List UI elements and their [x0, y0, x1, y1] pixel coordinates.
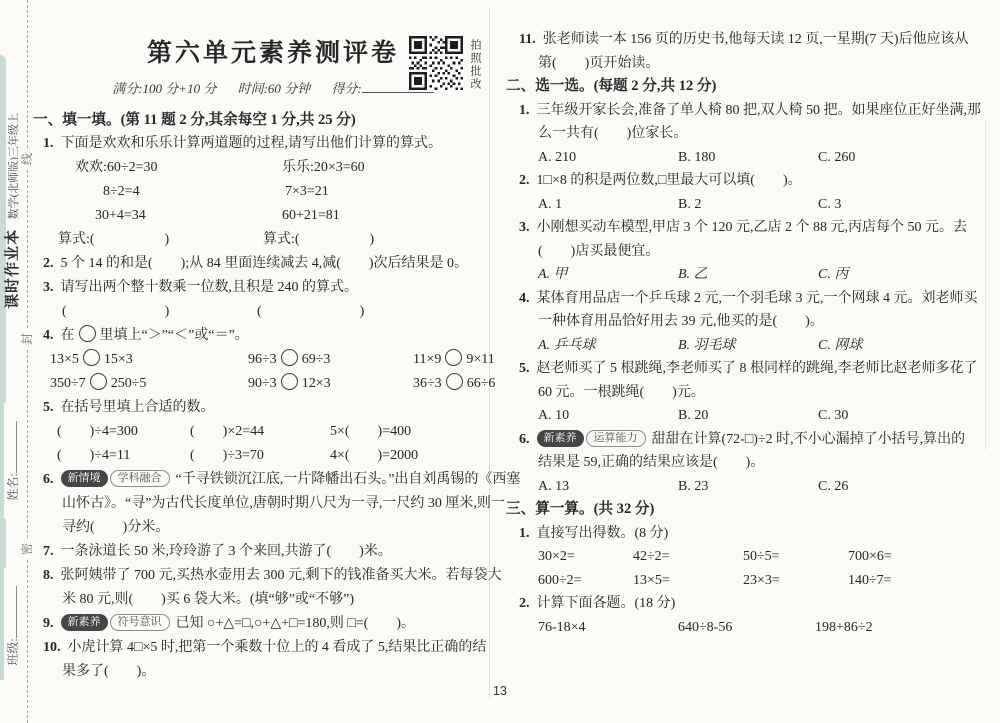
q-number: 3.: [506, 220, 530, 235]
work-left: 30+4=34: [58, 204, 282, 228]
q-text-post: 里填上“＞”“＜”或“＝”。: [100, 328, 249, 343]
section1-heading: 一、填一填。(第 11 题 2 分,其余每空 1 分,共 25 分): [33, 108, 489, 132]
class-field: 班级:: [4, 568, 22, 684]
q-number: 6.: [33, 472, 54, 487]
compare-cell: 11×99×11: [413, 348, 495, 372]
s1-q9: 9.新素养符号意识已知 ○+△=□,○+△+□=180,则 □=( )。: [33, 612, 489, 636]
compare-circle-icon: [90, 373, 107, 390]
name-field: 姓名:: [4, 403, 22, 519]
s2-q3-line2: ( )店买最便宜。: [506, 240, 982, 264]
s1-q1-work-row: 8÷2=47×3=21: [33, 180, 489, 204]
option-c: C. 260: [818, 146, 982, 170]
calc-cell: 600÷2=: [538, 569, 633, 593]
work-left: 8÷2=4: [58, 180, 282, 204]
right-edge-line: [985, 120, 986, 450]
s1-q6-line3: 寻约( )分米。: [33, 516, 489, 540]
q-number: 1.: [33, 136, 54, 151]
calc-cell: 30×2=: [538, 545, 633, 569]
book-title-vertical: 课时作业本 数学(北师版)三年级上: [2, 101, 24, 321]
right-column: 11.张老师读一本 156 页的历史书,他每天读 12 页,一星期(7 天)后他…: [506, 28, 982, 639]
q-text: 张阿姨带了 700 元,买热水壶用去 300 元,剩下的钱准备买大米。若每袋大: [61, 568, 502, 583]
s1-q1-answer-row: 算式:( )算式:( ): [33, 228, 489, 252]
s2-q6-options: A. 13 B. 23 C. 26: [506, 475, 982, 499]
q-text: 甜甜在计算(72-□)÷2 时,不小心漏掉了小括号,算出的: [652, 432, 966, 447]
s2-q3-options: A. 甲 B. 乙 C. 丙: [506, 263, 982, 287]
option-c: C. 丙: [818, 263, 982, 287]
section3-heading: 三、算一算。(共 32 分): [506, 498, 982, 522]
class-label: 班级:: [6, 638, 20, 665]
option-a: A. 13: [538, 475, 678, 499]
q-text: 直接写出得数。(8 分): [537, 526, 669, 541]
s1-q1-work-row: 30+4=3460+21=81: [33, 204, 489, 228]
option-a: A. 1: [538, 193, 678, 217]
calc-cell: 700×6=: [848, 545, 982, 569]
s1-q11-line1: 11.张老师读一本 156 页的历史书,他每天读 12 页,一星期(7 天)后他…: [506, 28, 982, 52]
compare-cell: 350÷7250÷5: [50, 372, 248, 396]
fill-cell: 4×( )=2000: [330, 444, 489, 468]
compare-circle-icon: [281, 349, 298, 366]
q-number: 7.: [33, 544, 54, 559]
q-number: 5.: [506, 361, 530, 376]
s2-q2-options: A. 1 B. 2 C. 3: [506, 193, 982, 217]
qr-code: [409, 36, 463, 90]
calc-cell: 640÷8-56: [678, 616, 815, 640]
q-number: 2.: [506, 173, 530, 188]
compare-circle-icon: [446, 373, 463, 390]
s1-q2: 2.5 个 14 的和是( );从 84 里面连续减去 4,减( )次后结果是 …: [33, 252, 489, 276]
option-b: B. 20: [678, 404, 818, 428]
q-number: 2.: [33, 256, 54, 271]
q-number: 3.: [33, 280, 54, 295]
fill-cell: 5×( )=400: [330, 420, 489, 444]
answer-blank: 算式:( ): [263, 228, 489, 252]
badge-new-context: 新情境: [61, 470, 108, 487]
calc-cell: 42÷2=: [633, 545, 743, 569]
compare-cell: 96÷369÷3: [248, 348, 413, 372]
q-number: 1.: [506, 526, 530, 541]
option-a: A. 210: [538, 146, 678, 170]
s2-q5-line2: 60 元。一根跳绳( )元。: [506, 381, 982, 405]
exam-paper-page: 课时作业本 数学(北师版)三年级上 线 封 密 姓名: 班级: 第六单元素养测评…: [0, 0, 1000, 723]
work-right: 7×3=21: [282, 180, 489, 204]
s2-q1-line1: 1.三年级开家长会,准备了单人椅 80 把,双人椅 50 把。如果座位正好坐满,…: [506, 99, 982, 123]
fill-cell: ( )÷3=70: [190, 444, 330, 468]
s2-q5-line1: 5.赵老师买了 5 根跳绳,李老师买了 8 根同样的跳绳,李老师比赵老师多花了: [506, 357, 982, 381]
work-right: 60+21=81: [282, 204, 489, 228]
s2-q4-line2: 一种体育用品恰好用去 39 元,他买的是( )。: [506, 310, 982, 334]
s2-q3-line1: 3.小刚想买动车模型,甲店 3 个 120 元,乙店 2 个 88 元,丙店每个…: [506, 216, 982, 240]
section2-heading: 二、选一选。(每题 2 分,共 12 分): [506, 75, 982, 99]
book-title: 课时作业本: [5, 229, 21, 309]
compare-circle-icon: [281, 373, 298, 390]
calc-cell: 13×5=: [633, 569, 743, 593]
q-text: 计算下面各题。(18 分): [537, 596, 676, 611]
s2-q6-line2: 结果是 59,正确的结果应该是( )。: [506, 451, 982, 475]
option-c: C. 26: [818, 475, 982, 499]
badge-new-literacy: 新素养: [537, 430, 584, 447]
compare-cell: 36÷366÷6: [413, 372, 495, 396]
option-b: B. 2: [678, 193, 818, 217]
work-right: 乐乐:20×3=60: [282, 156, 489, 180]
s2-q6-line1: 6.新素养运算能力甜甜在计算(72-□)÷2 时,不小心漏掉了小括号,算出的: [506, 428, 982, 452]
work-left: 欢欢:60÷2=30: [58, 156, 282, 180]
compare-circle-icon: [79, 325, 96, 342]
answer-blank: ( ): [257, 300, 489, 324]
s1-q5-row1: ( )÷4=300 ( )×2=44 5×( )=400: [33, 420, 489, 444]
option-b: B. 羽毛球: [678, 334, 818, 358]
option-c: C. 3: [818, 193, 982, 217]
badge-subject-fusion: 学科融合: [110, 470, 170, 487]
option-c: C. 网球: [818, 334, 982, 358]
calc-cell: 23×3=: [743, 569, 848, 593]
q-text: “千寻铁锁沉江底,一片降幡出石头。”出自刘禹锡的《西塞: [176, 472, 521, 487]
option-b: B. 180: [678, 146, 818, 170]
s1-q4-row2: 350÷7250÷5 90÷312×3 36÷366÷6: [33, 372, 489, 396]
q-text: 请写出两个整十数乘一位数,且积是 240 的算式。: [61, 280, 359, 295]
option-a: A. 甲: [538, 263, 678, 287]
fill-cell: ( )÷4=300: [57, 420, 190, 444]
name-label: 姓名:: [6, 473, 20, 500]
q-text: 三年级开家长会,准备了单人椅 80 把,双人椅 50 把。如果座位正好坐满,那: [537, 103, 982, 118]
meta-full-score: 满分:100 分+10 分: [112, 81, 216, 96]
q-text: 一条泳道长 50 米,玲玲游了 3 个来回,共游了( )米。: [61, 544, 392, 559]
q-text: 已知 ○+△=□,○+△+□=180,则 □=( )。: [176, 616, 416, 631]
q-text: 小刚想买动车模型,甲店 3 个 120 元,乙店 2 个 88 元,丙店每个 5…: [537, 220, 968, 235]
seal-dashed-line: [27, 0, 28, 723]
option-a: A. 乒乓球: [538, 334, 678, 358]
q-number: 6.: [506, 432, 530, 447]
s3-q1-row1: 30×2= 42÷2= 50÷5= 700×6=: [506, 545, 982, 569]
s2-q1-options: A. 210 B. 180 C. 260: [506, 146, 982, 170]
q-text-pre: 在: [61, 328, 75, 343]
option-b: B. 乙: [678, 263, 818, 287]
badge-new-literacy: 新素养: [61, 614, 108, 631]
option-a: A. 10: [538, 404, 678, 428]
s1-q6-line2: 山怀古》。“寻”为古代长度单位,唐朝时期八尺为一寻,一尺约 30 厘米,则一: [33, 492, 489, 516]
calc-cell: 198+86÷2: [815, 616, 982, 640]
compare-circle-icon: [445, 349, 462, 366]
q-text: 在括号里填上合适的数。: [61, 400, 215, 415]
compare-circle-icon: [83, 349, 100, 366]
s1-q10-line2: 果多了( )。: [33, 660, 489, 684]
s1-q4-row1: 13×515×3 96÷369÷3 11×99×11: [33, 348, 489, 372]
calc-cell: 140÷7=: [848, 569, 982, 593]
s1-q3-blanks: ( )( ): [33, 300, 489, 324]
q-number: 4.: [506, 291, 530, 306]
q-number: 8.: [33, 568, 54, 583]
s1-q8-line2: 米 80 元,则( )买 6 袋大米。(填“够”或“不够”): [33, 588, 489, 612]
q-number: 2.: [506, 596, 530, 611]
answer-blank: ( ): [62, 300, 257, 324]
s1-q7: 7.一条泳道长 50 米,玲玲游了 3 个来回,共游了( )米。: [33, 540, 489, 564]
s1-q1: 1.下面是欢欢和乐乐计算两道题的过程,请写出他们计算的算式。: [33, 132, 489, 156]
s3-q1-row2: 600÷2= 13×5= 23×3= 140÷7=: [506, 569, 982, 593]
s1-q11-line2: 第( )页开始读。: [506, 52, 982, 76]
page-number: 13: [0, 684, 1000, 698]
s1-q10-line1: 10.小虎计算 4□×5 时,把第一个乘数十位上的 4 看成了 5,结果比正确的…: [33, 636, 489, 660]
q-text: 5 个 14 的和是( );从 84 里面连续减去 4,减( )次后结果是 0。: [61, 256, 469, 271]
option-b: B. 23: [678, 475, 818, 499]
q-text: 小虎计算 4□×5 时,把第一个乘数十位上的 4 看成了 5,结果比正确的结: [68, 640, 487, 655]
q-text: 1□×8 的积是两位数,□里最大可以填( )。: [537, 173, 802, 188]
s1-q5-row2: ( )÷4=11 ( )÷3=70 4×( )=2000: [33, 444, 489, 468]
badge-symbol-sense: 符号意识: [110, 614, 170, 631]
class-blank-line: [6, 586, 17, 638]
fill-cell: ( )÷4=11: [57, 444, 190, 468]
s1-q4: 4.在里填上“＞”“＜”或“＝”。: [33, 324, 489, 348]
meta-time: 时间:60 分钟: [238, 81, 311, 96]
s3-q2: 2.计算下面各题。(18 分): [506, 592, 982, 616]
answer-blank: 算式:( ): [58, 228, 263, 252]
calc-cell: 50÷5=: [743, 545, 848, 569]
q-number: 11.: [506, 32, 536, 47]
name-blank-line: [6, 421, 17, 473]
option-c: C. 30: [818, 404, 982, 428]
s2-q2-line1: 2.1□×8 的积是两位数,□里最大可以填( )。: [506, 169, 982, 193]
s1-q6-line1: 6.新情境学科融合“千寻铁锁沉江底,一片降幡出石头。”出自刘禹锡的《西塞: [33, 468, 489, 492]
q-text: 下面是欢欢和乐乐计算两道题的过程,请写出他们计算的算式。: [61, 136, 443, 151]
s1-q5: 5.在括号里填上合适的数。: [33, 396, 489, 420]
compare-cell: 90÷312×3: [248, 372, 413, 396]
s3-q2-row: 76-18×4 640÷8-56 198+86÷2: [506, 616, 982, 640]
qr-caption: 拍照批改: [467, 39, 483, 91]
s2-q5-options: A. 10 B. 20 C. 30: [506, 404, 982, 428]
q-number: 9.: [33, 616, 54, 631]
s1-q3: 3.请写出两个整十数乘一位数,且积是 240 的算式。: [33, 276, 489, 300]
s3-q1: 1.直接写出得数。(8 分): [506, 522, 982, 546]
q-number: 10.: [33, 640, 61, 655]
s1-q8-line1: 8.张阿姨带了 700 元,买热水壶用去 300 元,剩下的钱准备买大米。若每袋…: [33, 564, 489, 588]
s2-q1-line2: 么一共有( )位家长。: [506, 122, 982, 146]
s1-q1-work-row: 欢欢:60÷2=30乐乐:20×3=60: [33, 156, 489, 180]
s2-q4-line1: 4.某体育用品店一个乒乓球 2 元,一个羽毛球 3 元,一个网球 4 元。刘老师…: [506, 287, 982, 311]
s2-q4-options: A. 乒乓球 B. 羽毛球 C. 网球: [506, 334, 982, 358]
badge-computing-ability: 运算能力: [586, 430, 646, 447]
q-text: 某体育用品店一个乒乓球 2 元,一个羽毛球 3 元,一个网球 4 元。刘老师买: [537, 291, 978, 306]
q-number: 4.: [33, 328, 54, 343]
calc-cell: 76-18×4: [538, 616, 678, 640]
q-text: 张老师读一本 156 页的历史书,他每天读 12 页,一星期(7 天)后他应该从: [543, 32, 969, 47]
q-text: 赵老师买了 5 根跳绳,李老师买了 8 根同样的跳绳,李老师比赵老师多花了: [537, 361, 978, 376]
compare-cell: 13×515×3: [50, 348, 248, 372]
fill-cell: ( )×2=44: [190, 420, 330, 444]
q-number: 5.: [33, 400, 54, 415]
left-column: 一、填一填。(第 11 题 2 分,其余每空 1 分,共 25 分) 1.下面是…: [33, 108, 489, 684]
q-number: 1.: [506, 103, 530, 118]
